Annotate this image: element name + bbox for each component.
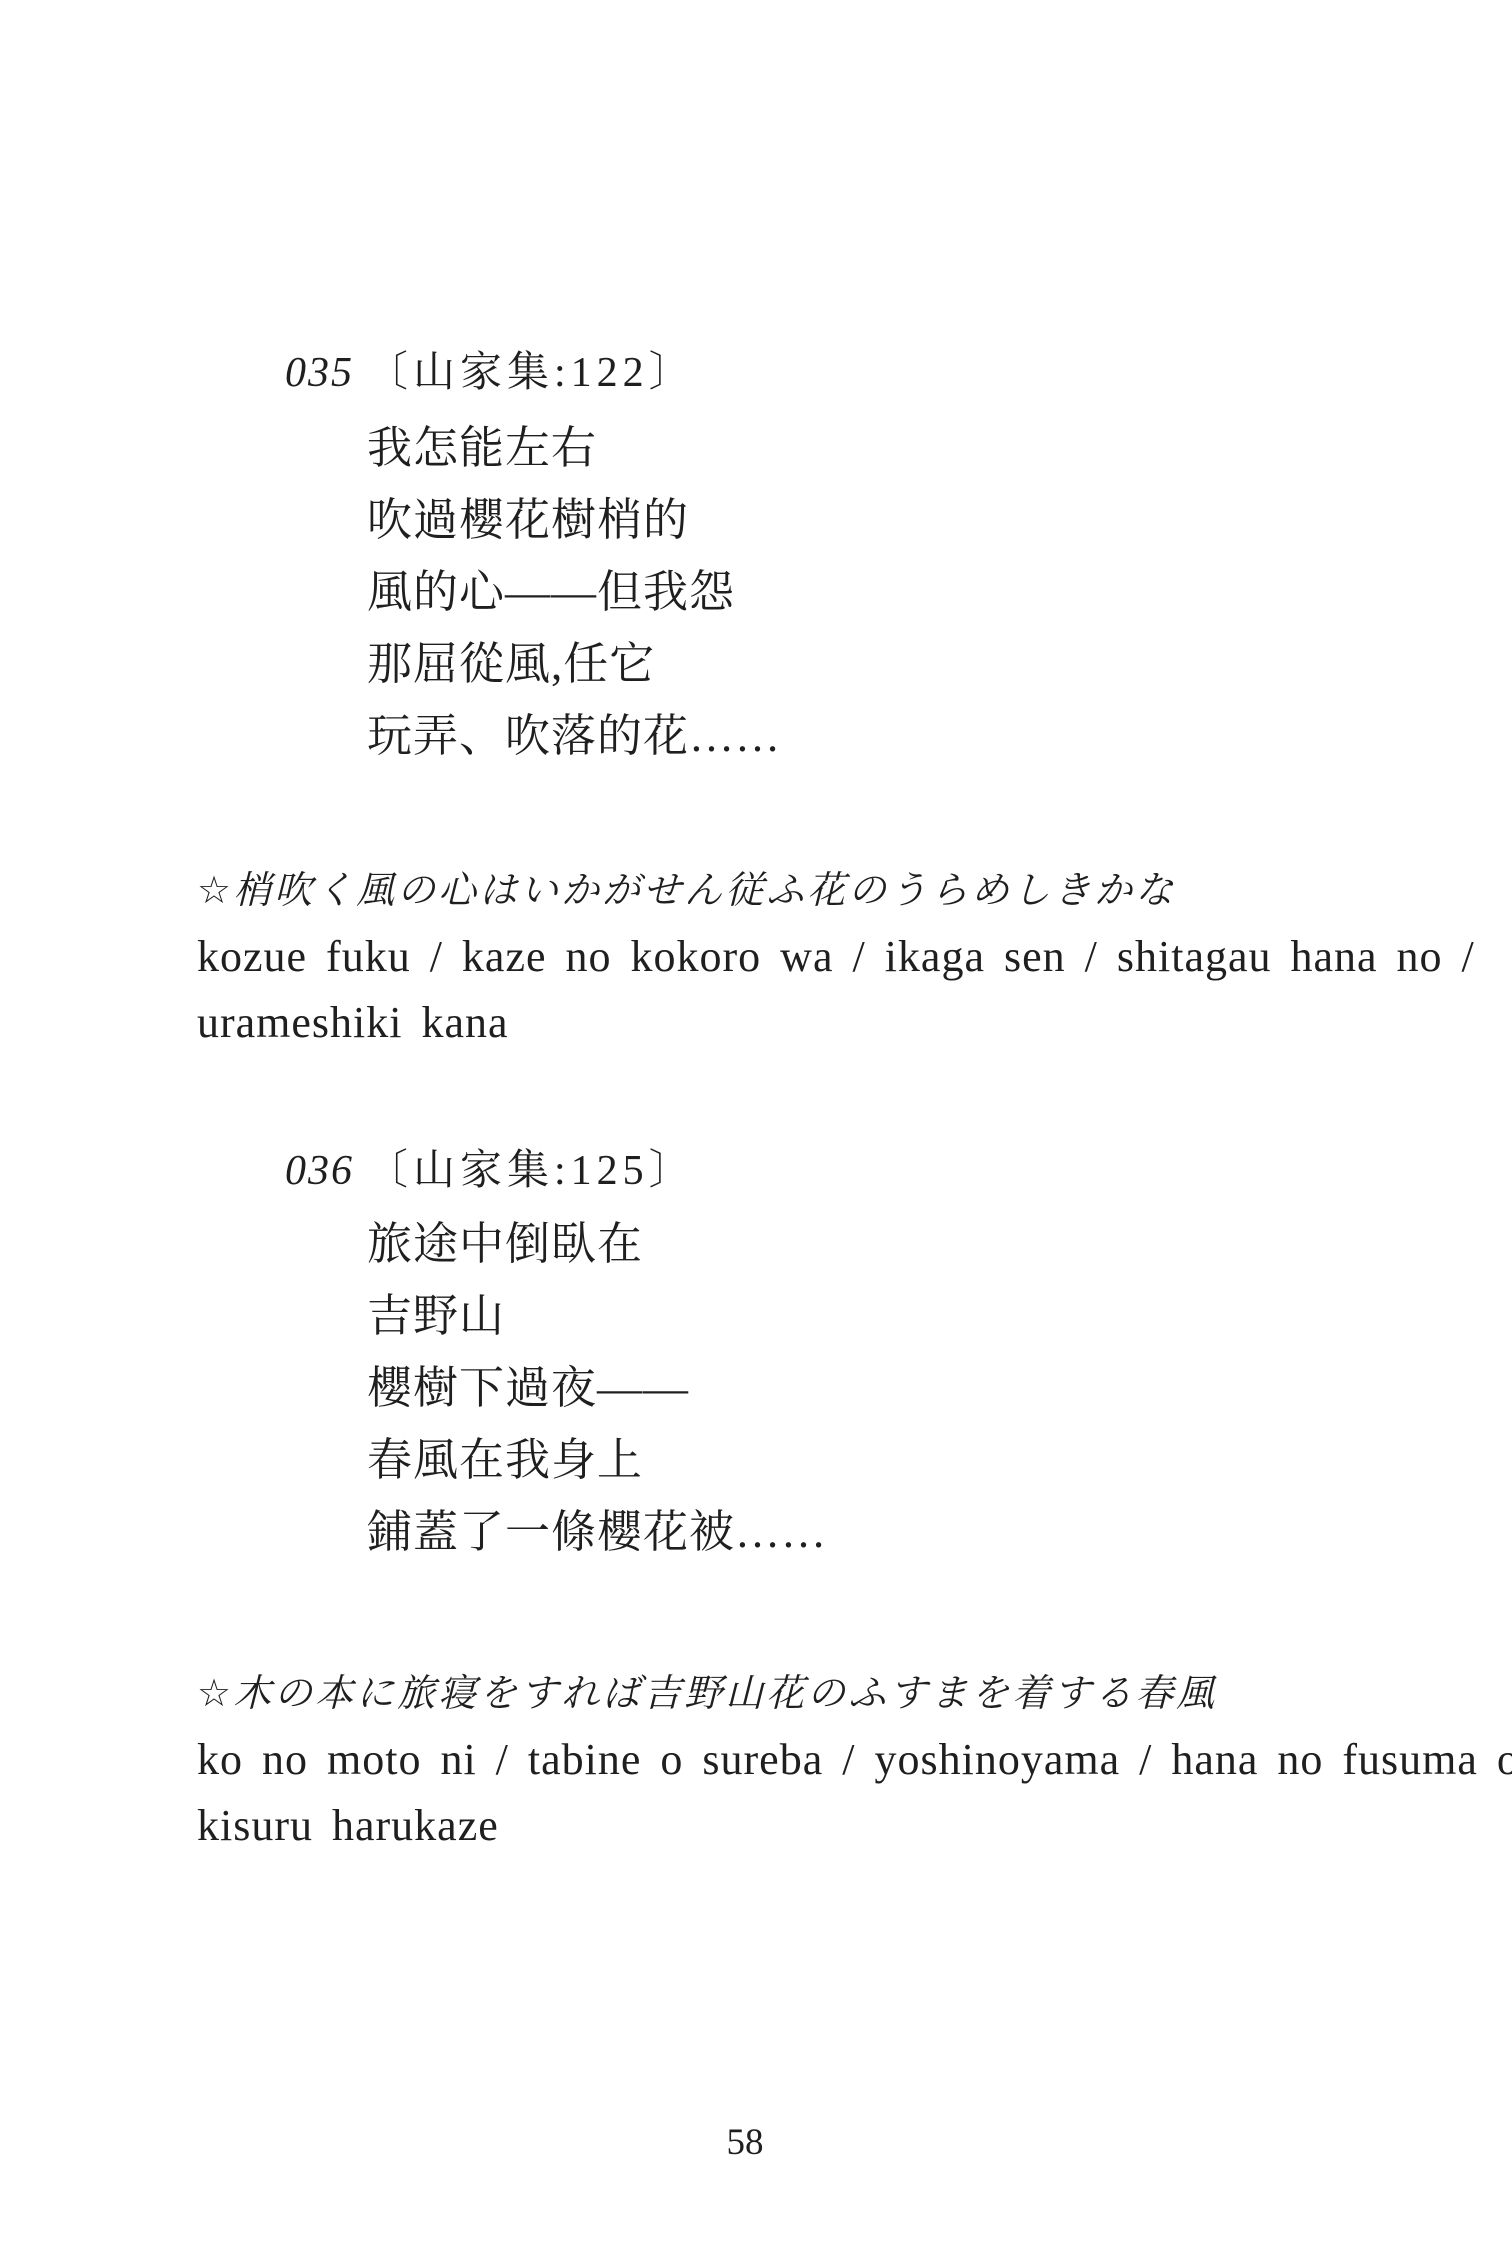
waka-original-line: ☆梢吹く風の心はいかがせん従ふ花のうらめしきかな xyxy=(197,858,1475,924)
waka-block-036: ☆木の本に旅寝をすれば吉野山花のふすまを着する春風 ko no moto ni … xyxy=(197,1661,1512,1859)
waka-text: 木の本に旅寝をすれば吉野山花のふすまを着する春風 xyxy=(233,1673,1217,1715)
poem-number: 035 xyxy=(285,350,354,396)
translation-line: 吉野山 xyxy=(367,1280,827,1352)
poem-source-reference: 〔山家集:125〕 xyxy=(366,1148,696,1194)
poem-source-reference: 〔山家集:122〕 xyxy=(366,350,696,396)
translation-line: 鋪蓋了一條櫻花被…… xyxy=(367,1496,827,1568)
translation-line: 櫻樹下過夜—— xyxy=(367,1352,827,1424)
star-icon: ☆ xyxy=(197,1673,231,1715)
romaji-line: kozue fuku / kaze no kokoro wa / ikaga s… xyxy=(197,924,1475,990)
translation-line: 春風在我身上 xyxy=(367,1424,827,1496)
translation-line: 風的心——但我怨 xyxy=(367,556,781,628)
waka-text: 梢吹く風の心はいかがせん従ふ花のうらめしきかな xyxy=(233,870,1176,912)
translation-line: 那屈從風,任它 xyxy=(367,628,781,700)
star-icon: ☆ xyxy=(197,870,231,912)
poem-translation-036: 旅途中倒臥在 吉野山 櫻樹下過夜—— 春風在我身上 鋪蓋了一條櫻花被…… xyxy=(367,1208,827,1568)
romaji-line: kisuru harukaze xyxy=(197,1793,1512,1859)
translation-line: 玩弄、吹落的花…… xyxy=(367,700,781,772)
waka-original-line: ☆木の本に旅寝をすれば吉野山花のふすまを着する春風 xyxy=(197,1661,1512,1727)
translation-line: 旅途中倒臥在 xyxy=(367,1208,827,1280)
translation-line: 吹過櫻花樹梢的 xyxy=(367,484,781,556)
poem-translation-035: 我怎能左右 吹過櫻花樹梢的 風的心——但我怨 那屈從風,任它 玩弄、吹落的花…… xyxy=(367,412,781,772)
poem-number: 036 xyxy=(285,1148,354,1194)
poem-header-036: 036〔山家集:125〕 xyxy=(285,1148,696,1194)
translation-line: 我怎能左右 xyxy=(367,412,781,484)
romaji-line: ko no moto ni / tabine o sureba / yoshin… xyxy=(197,1727,1512,1793)
book-page: 035〔山家集:122〕 我怎能左右 吹過櫻花樹梢的 風的心——但我怨 那屈從風… xyxy=(0,0,1512,2246)
page-number: 58 xyxy=(0,2121,1490,2165)
poem-header-035: 035〔山家集:122〕 xyxy=(285,350,696,396)
waka-block-035: ☆梢吹く風の心はいかがせん従ふ花のうらめしきかな kozue fuku / ka… xyxy=(197,858,1475,1056)
romaji-line: urameshiki kana xyxy=(197,990,1475,1056)
